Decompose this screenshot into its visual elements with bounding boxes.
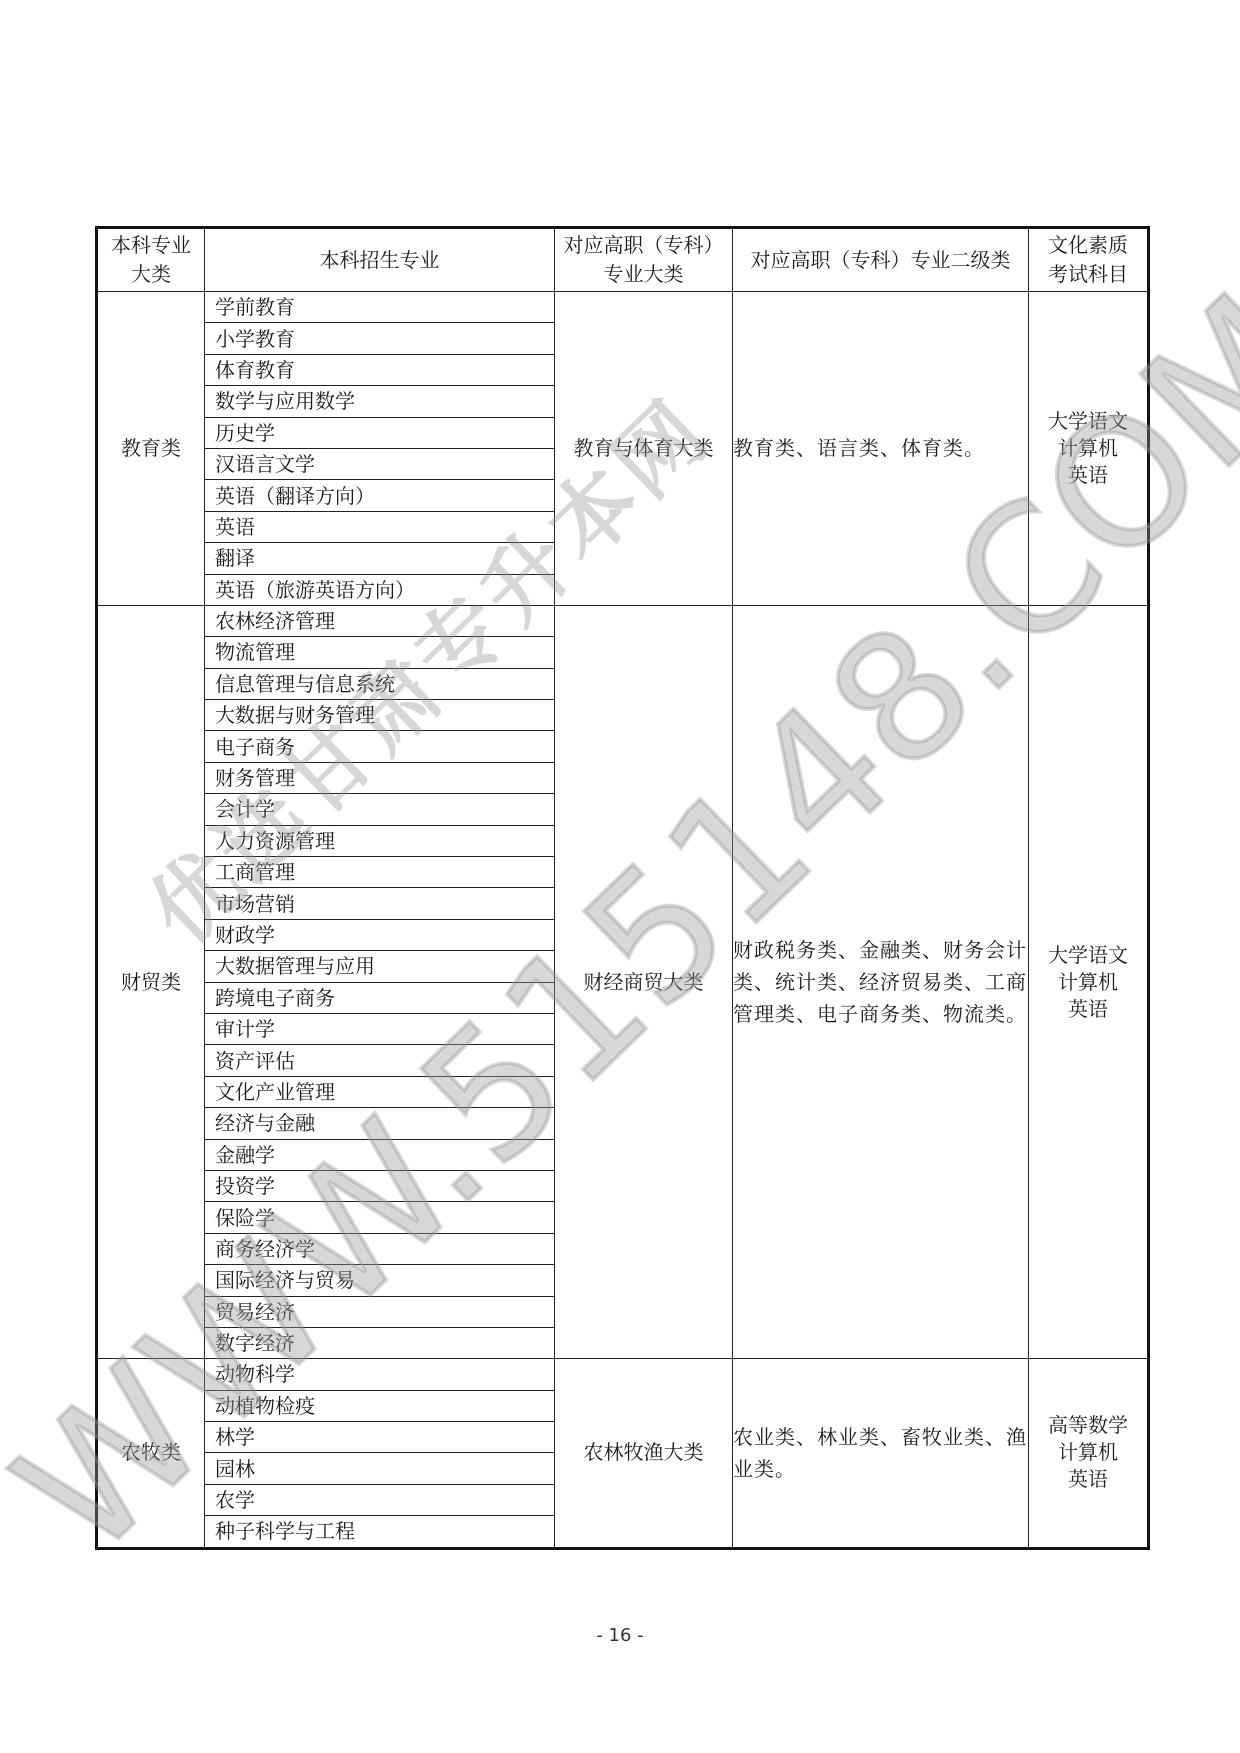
exam-subjects-cell: 大学语文计算机英语 [1029, 292, 1149, 606]
major-cell: 电子商务 [205, 731, 555, 762]
major-cell: 国际经济与贸易 [205, 1265, 555, 1296]
major-cell: 动植物检疫 [205, 1390, 555, 1421]
exam-subjects-cell: 高等数学计算机英语 [1029, 1359, 1149, 1548]
major-cell: 财政学 [205, 919, 555, 950]
exam-subjects-cell: 大学语文计算机英语 [1029, 605, 1149, 1358]
major-cell: 文化产业管理 [205, 1076, 555, 1107]
major-cell: 大数据管理与应用 [205, 951, 555, 982]
major-cell: 数学与应用数学 [205, 386, 555, 417]
undergrad-category-cell: 农牧类 [97, 1359, 205, 1548]
table-row: 财贸类农林经济管理财经商贸大类财政税务类、金融类、财务会计类、统计类、经济贸易类… [97, 605, 1149, 636]
table-row: 教育类学前教育教育与体育大类教育类、语言类、体育类。大学语文计算机英语 [97, 292, 1149, 323]
major-cell: 种子科学与工程 [205, 1516, 555, 1548]
major-cell: 商务经济学 [205, 1233, 555, 1264]
major-cell: 资产评估 [205, 1045, 555, 1076]
vocational-secondary-cell: 农业类、林业类、畜牧业类、渔业类。 [733, 1359, 1029, 1548]
majors-table: 本科专业大类 本科招生专业 对应高职（专科）专业大类 对应高职（专科）专业二级类… [95, 226, 1150, 1550]
major-cell: 体育教育 [205, 354, 555, 385]
major-cell: 保险学 [205, 1202, 555, 1233]
major-cell: 经济与金融 [205, 1108, 555, 1139]
exam-subject: 高等数学 [1029, 1412, 1147, 1439]
major-cell: 小学教育 [205, 323, 555, 354]
exam-subject: 计算机 [1029, 435, 1147, 462]
major-cell: 翻译 [205, 543, 555, 574]
exam-subject: 大学语文 [1029, 942, 1147, 969]
major-cell: 历史学 [205, 417, 555, 448]
major-cell: 审计学 [205, 1013, 555, 1044]
vocational-category-cell: 财经商贸大类 [555, 605, 733, 1358]
header-vocational-secondary: 对应高职（专科）专业二级类 [733, 228, 1029, 292]
vocational-category-cell: 教育与体育大类 [555, 292, 733, 606]
page-number: - 16 - [0, 1625, 1240, 1646]
major-cell: 金融学 [205, 1139, 555, 1170]
table-header-row: 本科专业大类 本科招生专业 对应高职（专科）专业大类 对应高职（专科）专业二级类… [97, 228, 1149, 292]
header-undergrad-category: 本科专业大类 [97, 228, 205, 292]
exam-subject: 英语 [1029, 996, 1147, 1023]
major-cell: 动物科学 [205, 1359, 555, 1390]
vocational-category-cell: 农林牧渔大类 [555, 1359, 733, 1548]
undergrad-category-cell: 教育类 [97, 292, 205, 606]
major-cell: 园林 [205, 1453, 555, 1484]
major-cell: 工商管理 [205, 857, 555, 888]
major-cell: 学前教育 [205, 292, 555, 323]
exam-subject: 英语 [1029, 462, 1147, 489]
table-row: 农牧类动物科学农林牧渔大类农业类、林业类、畜牧业类、渔业类。高等数学计算机英语 [97, 1359, 1149, 1390]
major-cell: 贸易经济 [205, 1296, 555, 1327]
document-page: 本科专业大类 本科招生专业 对应高职（专科）专业大类 对应高职（专科）专业二级类… [0, 0, 1240, 1753]
major-cell: 英语（旅游英语方向） [205, 574, 555, 605]
table-body: 教育类学前教育教育与体育大类教育类、语言类、体育类。大学语文计算机英语小学教育体… [97, 292, 1149, 1549]
major-cell: 财务管理 [205, 762, 555, 793]
major-cell: 大数据与财务管理 [205, 700, 555, 731]
major-cell: 市场营销 [205, 888, 555, 919]
exam-subject: 计算机 [1029, 1439, 1147, 1466]
major-cell: 英语（翻译方向） [205, 480, 555, 511]
major-cell: 人力资源管理 [205, 825, 555, 856]
exam-subject: 大学语文 [1029, 408, 1147, 435]
major-cell: 跨境电子商务 [205, 982, 555, 1013]
major-cell: 农学 [205, 1484, 555, 1515]
major-cell: 物流管理 [205, 637, 555, 668]
vocational-secondary-cell: 教育类、语言类、体育类。 [733, 292, 1029, 606]
major-cell: 信息管理与信息系统 [205, 668, 555, 699]
major-cell: 林学 [205, 1422, 555, 1453]
major-cell: 农林经济管理 [205, 605, 555, 636]
major-cell: 会计学 [205, 794, 555, 825]
header-exam-subjects: 文化素质考试科目 [1029, 228, 1149, 292]
header-vocational-category: 对应高职（专科）专业大类 [555, 228, 733, 292]
header-undergrad-majors: 本科招生专业 [205, 228, 555, 292]
undergrad-category-cell: 财贸类 [97, 605, 205, 1358]
major-cell: 投资学 [205, 1170, 555, 1201]
exam-subject: 计算机 [1029, 969, 1147, 996]
exam-subject: 英语 [1029, 1466, 1147, 1493]
major-cell: 英语 [205, 511, 555, 542]
vocational-secondary-cell: 财政税务类、金融类、财务会计类、统计类、经济贸易类、工商管理类、电子商务类、物流… [733, 605, 1029, 1358]
major-cell: 数字经济 [205, 1327, 555, 1358]
major-cell: 汉语言文学 [205, 448, 555, 479]
